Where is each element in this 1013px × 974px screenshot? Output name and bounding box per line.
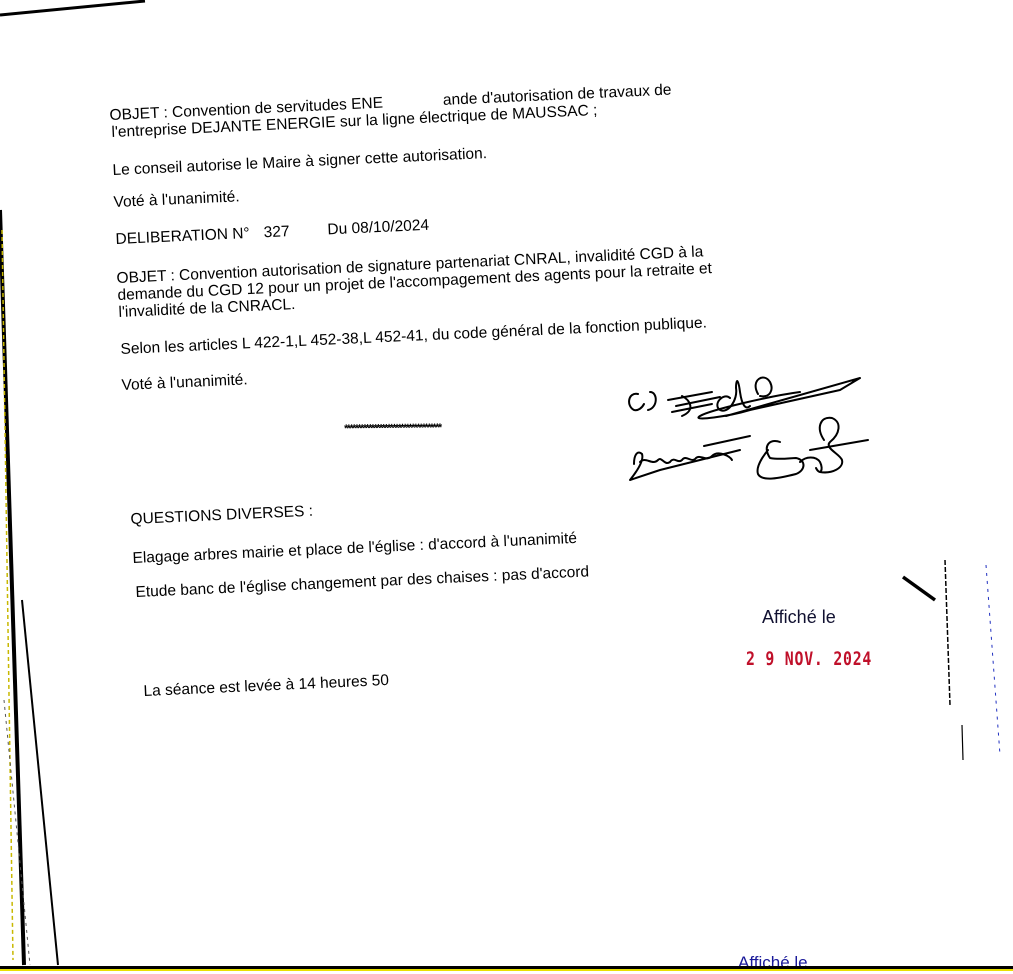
scan-edge-lines <box>0 0 1013 974</box>
stamp-date: 2 9 NOV. 2024 <box>746 648 872 670</box>
deliberation-number: 327 <box>263 223 290 241</box>
deliberation-date: Du 08/10/2024 <box>327 217 429 239</box>
scanned-document-page: OBJET : Convention de servitudes ENEande… <box>0 0 1013 974</box>
stamp-title: Affiché le <box>762 607 836 628</box>
signatures <box>620 370 880 485</box>
separator-stars: ************************************ <box>344 422 441 435</box>
scan-bottom-edge-color <box>0 969 1013 971</box>
